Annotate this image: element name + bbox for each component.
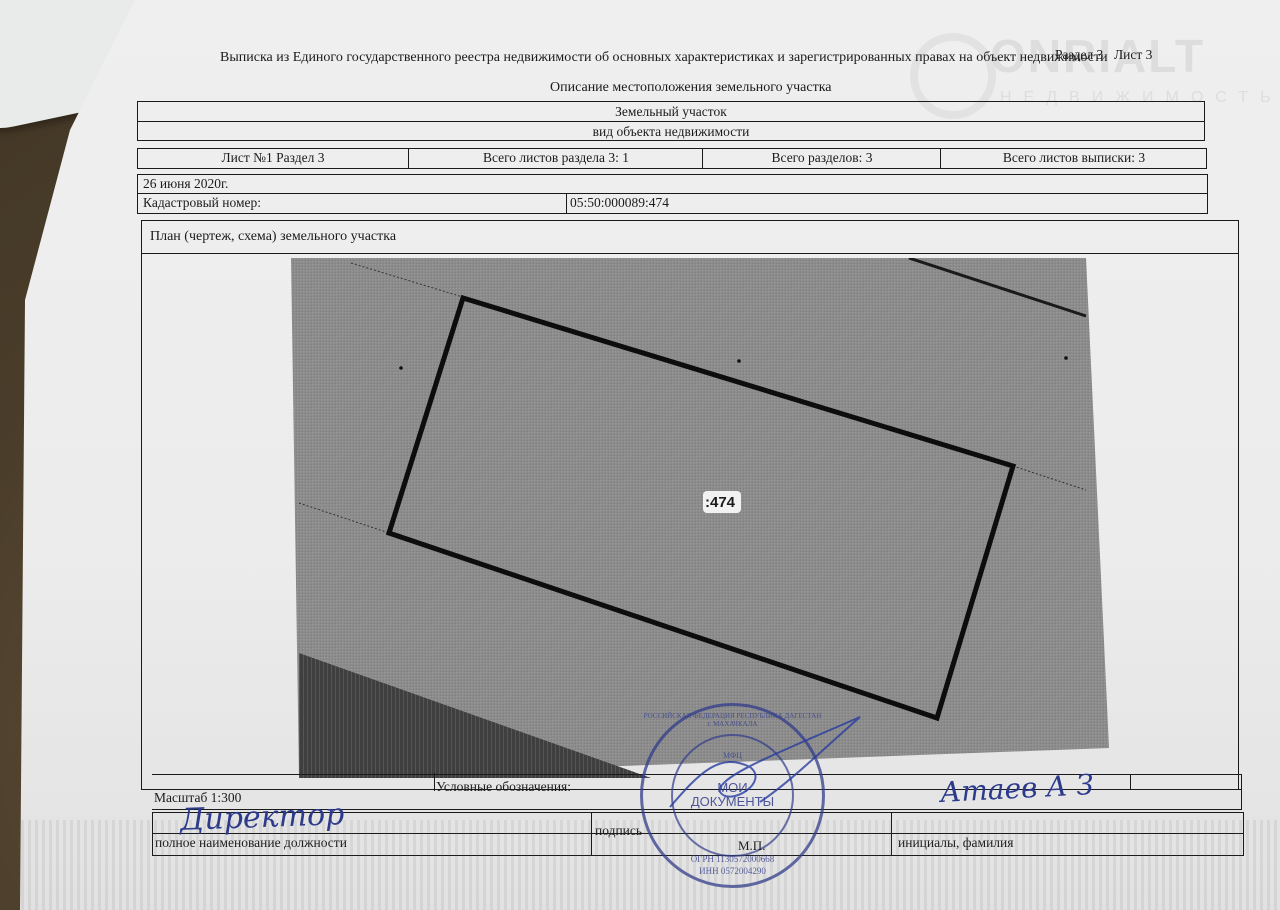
document-title: Выписка из Единого государственного реес… xyxy=(220,50,1108,66)
cadastral-number: 05:50:000089:474 xyxy=(570,195,669,211)
plan-title: План (чертеж, схема) земельного участка xyxy=(150,229,396,245)
cadastral-label: Кадастровый номер: xyxy=(143,195,261,211)
total-sheets-extract: Всего листов выписки: 3 xyxy=(942,150,1206,166)
signature-caption: подпись xyxy=(595,823,642,839)
extract-date: 26 июня 2020г. xyxy=(143,176,228,192)
stamp-inn: ИНН 0572004290 xyxy=(643,866,822,876)
handwritten-position: Директор xyxy=(179,797,344,838)
document-subtitle: Описание местоположения земельного участ… xyxy=(550,80,832,96)
object-type: Земельный участок xyxy=(138,104,1204,120)
seal-caption: М.П. xyxy=(738,838,765,854)
date-cadastral-box: 26 июня 2020г. Кадастровый номер: 05:50:… xyxy=(137,174,1208,214)
parcel-plan-drawing xyxy=(291,258,1109,778)
sheet-section: Лист №1 Раздел 3 xyxy=(138,150,408,166)
sheet-info-row: Лист №1 Раздел 3 Всего листов раздела 3:… xyxy=(137,148,1207,169)
object-type-box: Земельный участок вид объекта недвижимос… xyxy=(137,101,1205,141)
total-sections: Всего разделов: 3 xyxy=(704,150,940,166)
legend-label: Условные обозначения: xyxy=(436,779,571,795)
stamp-ogrn: ОГРН 1130572000668 xyxy=(643,854,822,864)
document-page: ONRIALT НЕДВИЖИМОСТЬ Раздел 3 Лист 3 Вып… xyxy=(0,0,1280,910)
position-caption: полное наименование должности xyxy=(155,835,347,851)
total-sheets-section: Всего листов раздела 3: 1 xyxy=(410,150,702,166)
sheet-label: Лист 3 xyxy=(1114,47,1152,63)
signature-scribble xyxy=(660,712,870,822)
name-caption: инициалы, фамилия xyxy=(898,835,1013,851)
object-type-caption: вид объекта недвижимости xyxy=(138,124,1204,140)
parcel-label: :474 xyxy=(705,494,735,511)
